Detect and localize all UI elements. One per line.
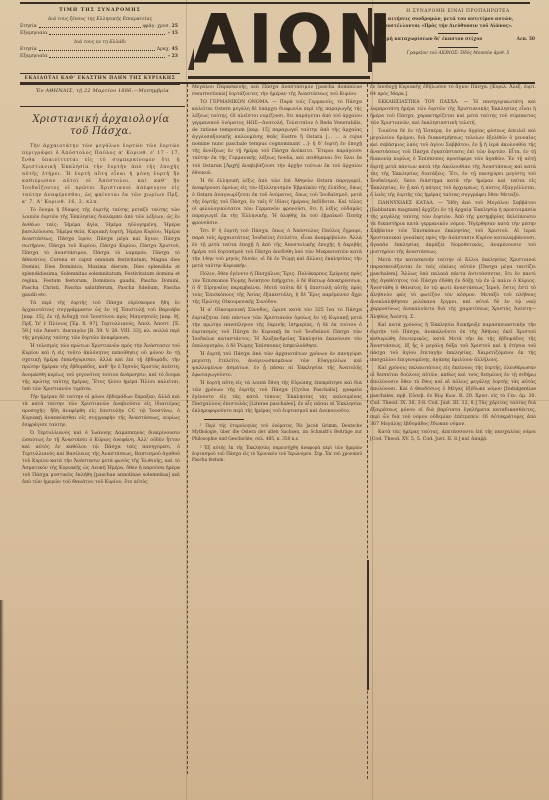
paragraph: Ἡ ἑορτὴ αὕτη εἰς τὰ λοιπὰ ἔθνη τῆς Εὐρώπ…: [192, 380, 362, 415]
masthead-rule: [188, 76, 370, 79]
paragraph: Ἡ δὲ ἐλληνικὴ λέξις ἀπὸ τῶν ἐπὶ Ἀθηνῶν O…: [192, 178, 362, 227]
subscription-row: Ετησία Δραχ. 45: [20, 46, 180, 53]
subscription-section-domestic: Διά τους εν τη Ελλάδι: [20, 39, 180, 46]
paragraph: Μετὰ τὴν κατασκευήν ταύτην οἱ ἄλλοι ἐκκλ…: [370, 257, 536, 320]
footnote: ² Ἐξ αὐτῆς ἐκ τῆς Ἐκκλησίας παρεισήχθη ἀ…: [192, 446, 362, 465]
divider: [438, 33, 478, 34]
paragraph: ἐν ὑποδοχῇ Κυριακῆς ἐδήλωσεν τὸ ἅγιον Πά…: [370, 84, 536, 98]
article-subtitle-line: τοῦ Πάσχα.: [22, 126, 180, 138]
row-label: Εξαμηνιαία: [20, 53, 47, 60]
divider: [438, 47, 478, 48]
row-unit: »: [167, 30, 170, 37]
subscription-row: Εξαμηνιαία » 15: [20, 30, 180, 37]
paragraph: Καὶ χρόνοις παλαιοτάτοις εἰς ἐκείνους τῆ…: [370, 365, 536, 428]
paragraph: Τὰ περὶ τῆς ἑορτῆς τοῦ Πάσχα εὑρίσκομεν …: [22, 300, 180, 342]
row-unit: φράγ. χρυσ.: [143, 23, 171, 30]
office-address: Γραφεῖον τοῦ ΑΙΩΝΟΣ: Ὁδὸς Μουσῶν ἀριθ. 5: [381, 51, 535, 57]
paragraph: Τὴν ἀρχαιοτάτην τῶν μεγάλων ἑορτῶν τῶν ἑ…: [22, 143, 180, 206]
subscription-box: ΤΙΜΗ ΤΗΣ ΣΥΝΔΡΟΜΗΣ Διά τους ξένους της Ε…: [20, 6, 180, 84]
row-price: 45: [172, 46, 178, 53]
notice-body: Αι αιτήσεις συνδρομών, μετά του αντιτίμο…: [381, 17, 535, 30]
masthead: ΑΙΩΝ: [193, 6, 365, 76]
subscription-section-foreign: Διά τους ξένους της Ελληνικής Επικρατεία…: [20, 16, 180, 23]
column-1: Χριστιανική ἀρχαιολογία τοῦ Πάσχα. Τὴν ἀ…: [22, 110, 180, 670]
notice-heading: Η ΣΥΝΔΡΟΜΗ ΕΙΝΑΙ ΠΡΟΠΛΗΡΩΤΕΑ: [381, 9, 535, 15]
paragraph: ΕΚΚΛΗΣΙΑΣΤΙΚΑ ΤΟΥ ΠΑΣΧΑ. — Ἡ πανηγυρικωτ…: [370, 99, 536, 127]
subscription-row: Εξαμηνιαία » 23: [20, 53, 180, 60]
paragraph: ΤΟ ΓΕΡΜΑΝΙΚΟΝ ΟΝΟΜΑ. — Παρὰ τοῖς Γερμανο…: [192, 99, 362, 177]
ad-price-value: Λεπ. 50: [517, 37, 535, 43]
paragraph: Πόλιν, ὅθεν ἐγένετο ἡ Πασχάλιος Ἔρις. Πο…: [192, 271, 362, 306]
subscription-row: Ετησία φράγ. χρυσ. 25: [20, 23, 180, 30]
row-price: 15: [172, 30, 178, 37]
newspaper-title: ΑΙΩΝ: [193, 5, 365, 74]
decorative-bar: [368, 8, 372, 72]
subscription-heading: ΤΙΜΗ ΤΗΣ ΣΥΝΔΡΟΜΗΣ: [20, 7, 180, 14]
footnote: ¹ Περὶ τῆς ἐτυμολογίας τοῦ ὀνόματος ἴδε …: [192, 424, 362, 443]
row-label: Ετησία: [20, 46, 37, 53]
row-price: 23: [172, 53, 178, 60]
paragraph: Ἡ ἑορτὴ τοῦ Πάσχα ἀπὸ τῶν ἀρχαιοτάτων χρ…: [192, 351, 362, 379]
footnote-separator: [204, 419, 244, 420]
paragraph: Τοιαῦτα δὲ ἐν τῇ Ἑσπέρᾳ, ἐν μέσῳ ἀγρίας …: [370, 128, 536, 198]
paragraph: Τὴν ἡμέραν δὲ ταύτην οἱ μόνοι ἑβδομάδων …: [22, 394, 180, 429]
paragraph: Κατὰ τὰς ἡμέρας ταύτας, ἀπετάσσοντο ἐπὶ …: [370, 429, 536, 443]
page-edge-shadow: [0, 600, 4, 800]
ad-price-label: Τιμή καταχωρίσεων δι' έκαστον στίχον: [381, 37, 482, 43]
paragraph: Καὶ κατὰ χρόνους ἡ Ἐκκλησία διεκήρυξε πα…: [370, 322, 536, 364]
dateline-rule: [20, 106, 185, 107]
column-separator: [367, 560, 369, 690]
paragraph: Ἡ τελεσμός τῶν πρώτων Χριστιανῶν πρὸς τὴ…: [22, 343, 180, 392]
row-label: Ετησία: [20, 23, 37, 30]
newspaper-page: ΤΙΜΗ ΤΗΣ ΣΥΝΔΡΟΜΗΣ Διά τους ξένους της Ε…: [0, 0, 549, 800]
column-3: ἐν ὑποδοχῇ Κυριακῆς ἐδήλωσεν τὸ ἅγιον Πά…: [370, 84, 536, 724]
row-label: Εξαμηνιαία: [20, 30, 47, 37]
row-price: 25: [172, 23, 178, 30]
article-title-line: Χριστιανική ἀρχαιολογία: [22, 114, 180, 126]
column-separator: [187, 84, 188, 774]
paragraph: Ὅτι δ' ἡ ἑορτὴ τοῦ Πάσχα, ὅπως ὁ Ἀπόστολ…: [192, 228, 362, 270]
paragraph: Μεγάλου Παρασκευῆς, καὶ Πάσχα ἀναστάσιμο…: [192, 84, 362, 98]
paragraph: Ὁ Τερτυλλιανὸς καὶ ὁ Ἰωάννης Δαμασκηνὸς …: [22, 430, 180, 486]
column-2: Μεγάλου Παρασκευῆς, καὶ Πάσχα ἀναστάσιμο…: [192, 84, 362, 724]
paragraph: ΠΑΝΝΥΧΙΔΕΣ ΚΑΤΑΛ. — Ἤδη ἀπὸ τοῦ Μεγάλου …: [370, 200, 536, 256]
ad-price-row: Τιμή καταχωρίσεων δι' έκαστον στίχον Λεπ…: [381, 37, 535, 43]
article-title: Χριστιανική ἀρχαιολογία τοῦ Πάσχα.: [22, 114, 180, 138]
paragraph: Ἡ α' Οἰκουμενικὴ Σύνοδος, ὥρισε κατὰ τὸν…: [192, 307, 362, 349]
row-unit: »: [167, 53, 170, 60]
paragraph: Τὸ ὄνομα ἡ ἔδαφος τῆς ἑορτῆς ταύτης μετα…: [22, 207, 180, 299]
dateline: Ἐν ΑΘΗΝΑΙΣ, τῇ 22 Μαρτίου 1886.—Μεσημβρί…: [20, 88, 185, 94]
notice-box: Η ΣΥΝΔΡΟΜΗ ΕΙΝΑΙ ΠΡΟΠΛΗΡΩΤΕΑ Αι αιτήσεις…: [373, 6, 535, 78]
row-unit: Δραχ.: [157, 46, 170, 53]
